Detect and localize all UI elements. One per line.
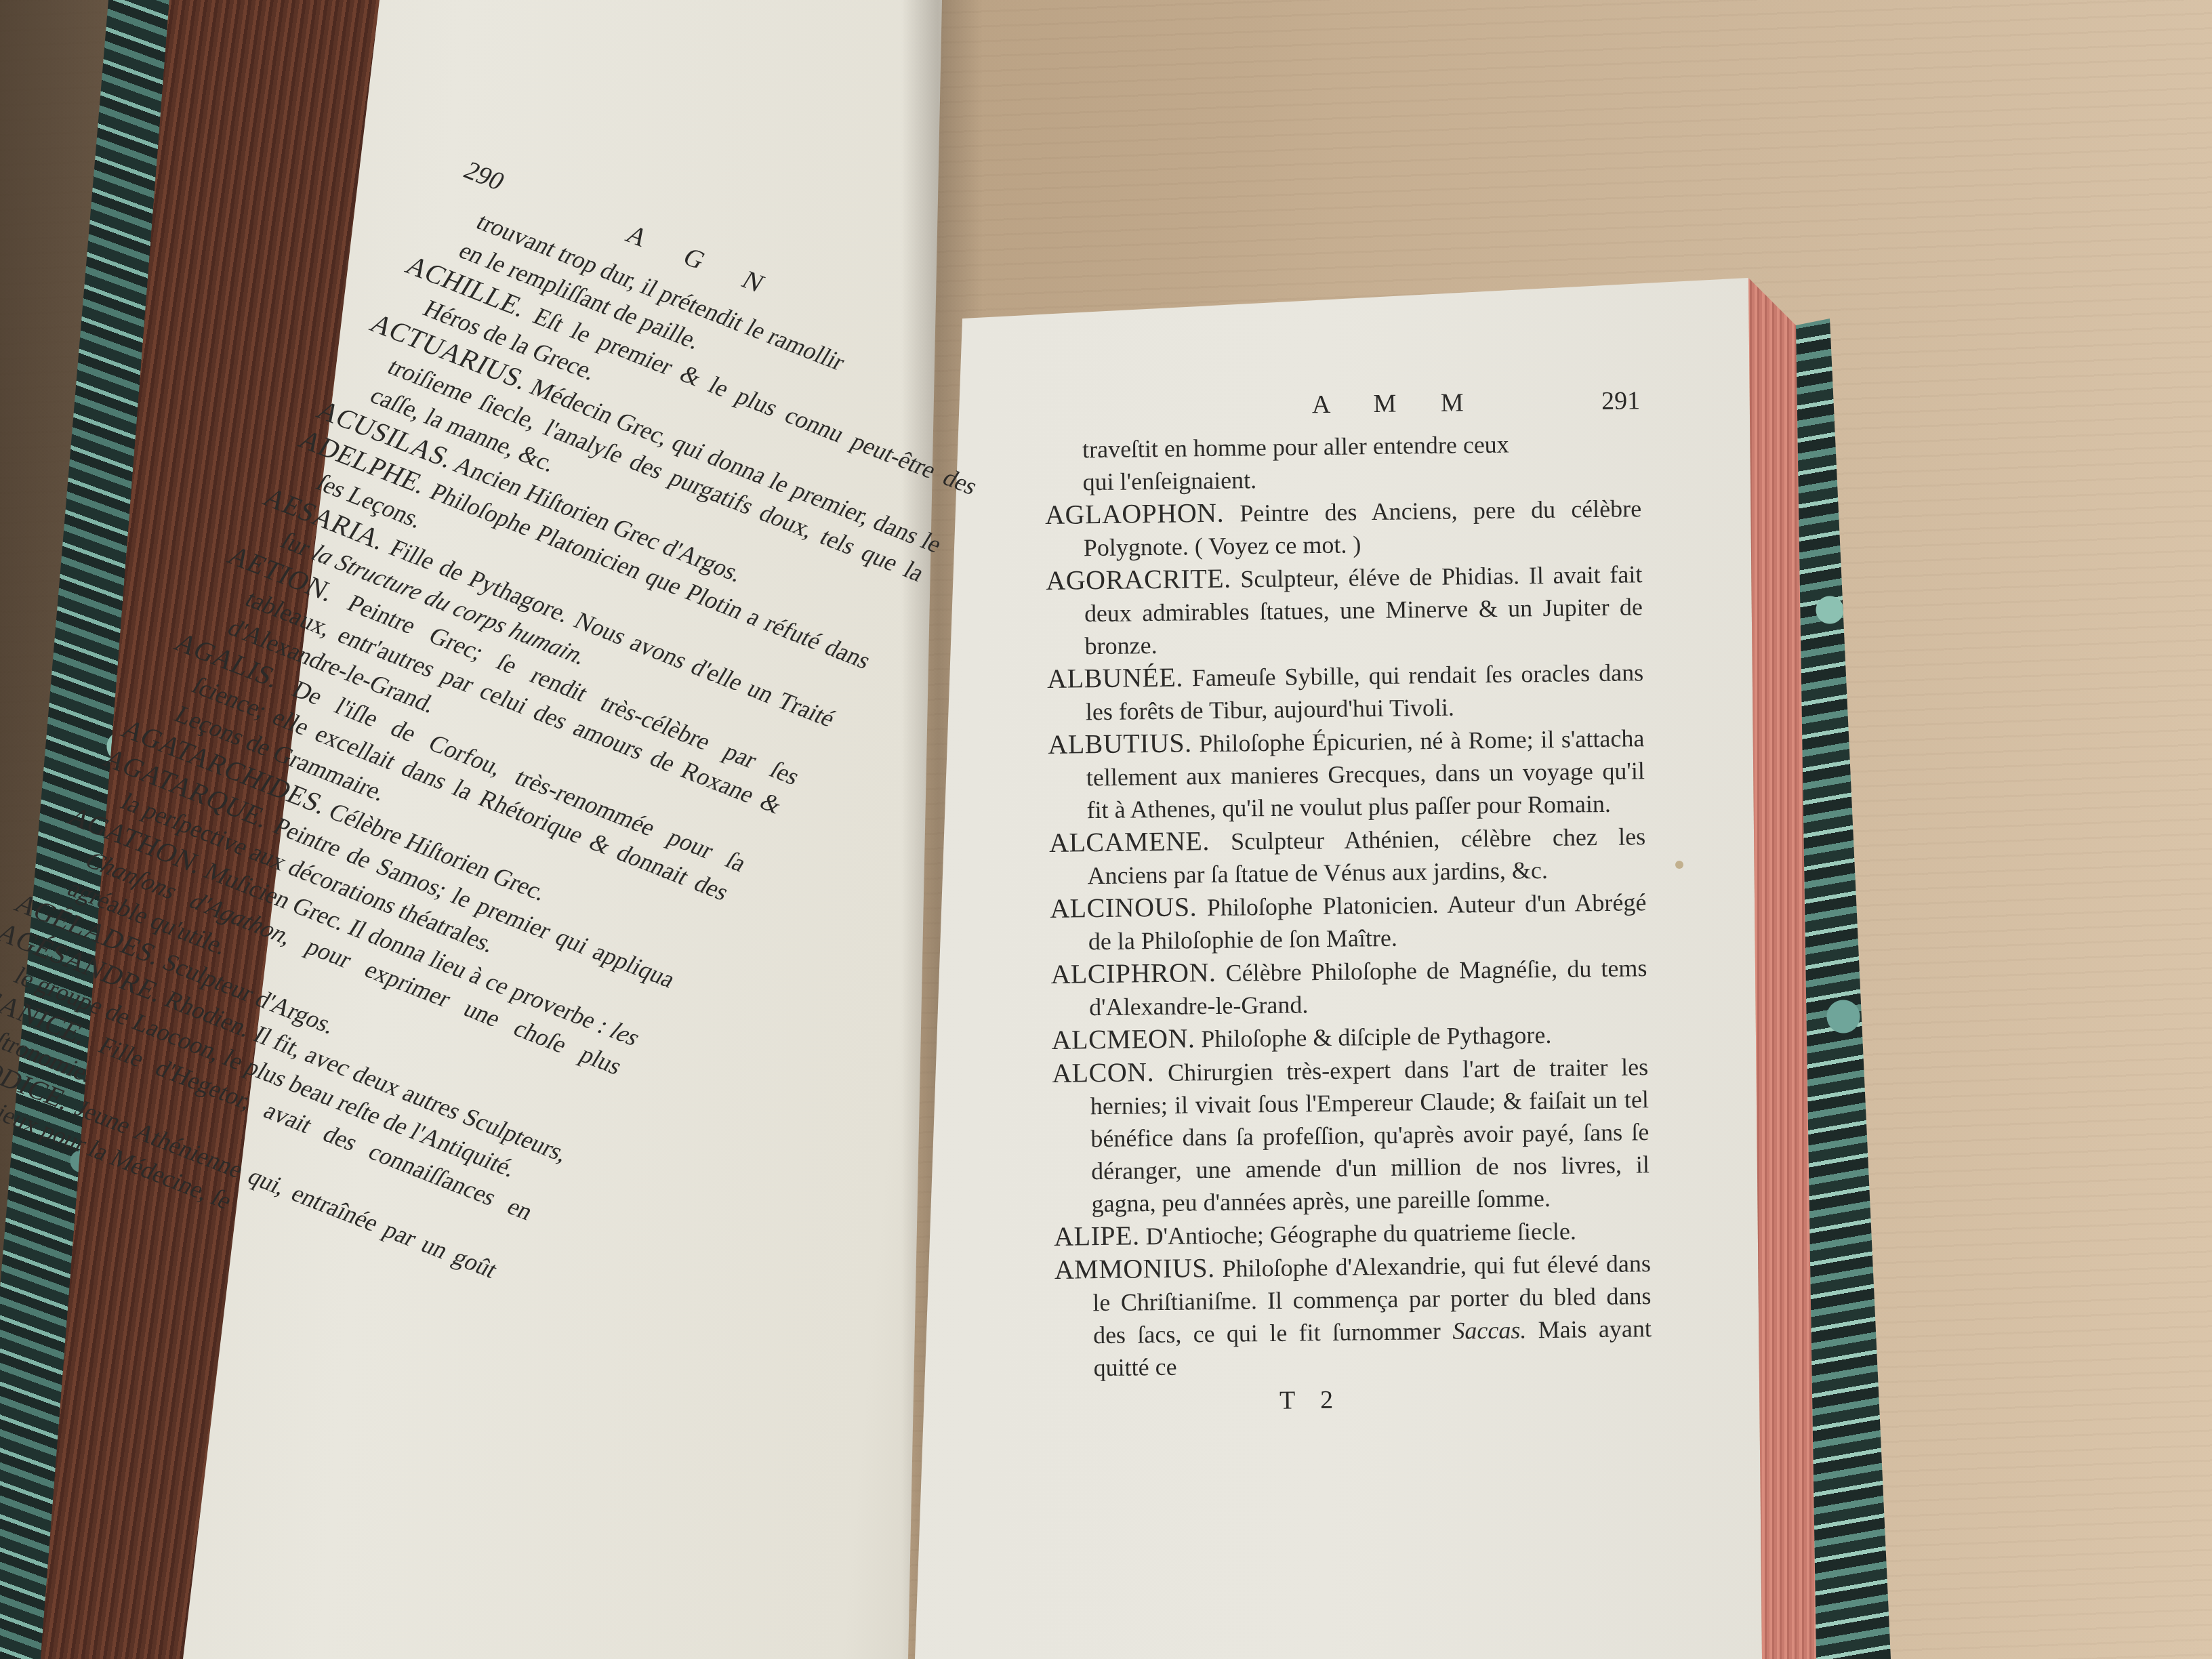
foxing-spot [1675, 861, 1683, 869]
right-page-text: A M M 291 traveſtit en homme pour aller … [1044, 386, 1652, 1418]
entry-term: AGORACRITE. [1046, 563, 1231, 596]
entry-text: Philoſophe & diſciple de Pythagore. [1201, 1021, 1551, 1052]
dictionary-entry: ALCON. Chirurgien très-expert dans l'art… [1052, 1050, 1650, 1221]
dictionary-entry: ALCINOUS. Philoſophe Platonicien. Auteur… [1050, 885, 1647, 958]
entry-text: D'Antioche; Géographe du quatrieme ſiecl… [1145, 1217, 1576, 1250]
entry-term: ALBUTIUS. [1048, 727, 1192, 760]
page-number: 291 [1601, 386, 1641, 416]
entry-italic: Saccas. [1452, 1316, 1526, 1344]
dictionary-entry: AGLAOPHON. Peintre des Anciens, pere du … [1045, 491, 1642, 565]
entry-text: Chirurgien très-expert dans l'art de tra… [1090, 1053, 1650, 1217]
dictionary-entry: ALBUTIUS. Philoſophe Épicurien, né à Rom… [1048, 721, 1645, 827]
entry-term: AGLAOPHON. [1045, 497, 1224, 530]
dictionary-entry: ALCIPHRON. Célèbre Philoſophe de Magnéſi… [1050, 951, 1647, 1024]
dictionary-entry: AGORACRITE. Sculpteur, éléve de Phidias.… [1046, 557, 1643, 663]
entry-term: ALCON. [1052, 1057, 1154, 1088]
entry-term: ALCIPHRON. [1050, 957, 1216, 989]
dictionary-entry: ALBUNÉE. Fameuſe Sybille, qui rendait ſe… [1047, 655, 1644, 729]
entry-term: ALCMEON. [1051, 1023, 1195, 1055]
running-head: A M M [1312, 388, 1483, 419]
dictionary-entry: AMMONIUS. Philoſophe d'Alexandrie, qui f… [1054, 1246, 1652, 1385]
entry-term: ALCINOUS. [1050, 891, 1197, 924]
photo-scene: 290 A G N trouvant trop dur, il prétendi… [0, 0, 2212, 1659]
dictionary-entry: ALCAMENE. Sculpteur Athénien, célèbre ch… [1049, 819, 1646, 893]
entry-term: ALIPE. [1054, 1220, 1140, 1252]
entry-term: AMMONIUS. [1054, 1252, 1215, 1285]
entry-term: ALBUNÉE. [1047, 662, 1183, 694]
right-page-header: A M M 291 [1044, 386, 1641, 434]
entry-term: ALCAMENE. [1049, 825, 1210, 858]
